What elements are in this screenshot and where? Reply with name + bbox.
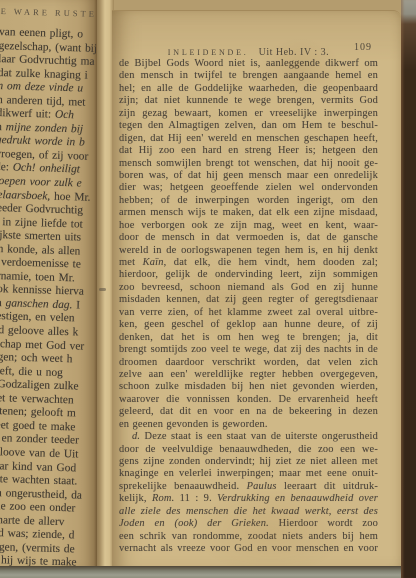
text-line: denken, dat het is om hen weg te brengen…	[119, 332, 378, 344]
text-line: de Bijbel Gods Woord niet is, aanleggend…	[119, 58, 378, 70]
text-segment: misdaden kennen, dat zij geen regter of …	[119, 294, 378, 305]
text-line: zijn; dat niet kunnende te wege brengen,…	[119, 95, 378, 107]
text-line: een schrik van rondomme, zoodat niets an…	[119, 531, 378, 543]
italic-text: Och! onheiligt	[13, 162, 80, 176]
text-line: vernacht als vreeze voor God en voor men…	[119, 543, 378, 555]
text-line: armen mensch wijs te maken, dat elk een …	[119, 207, 378, 219]
text-segment: , hoe Mr.	[47, 190, 90, 203]
left-running-title: E WARE RUSTE	[0, 6, 97, 22]
text-segment: heeft, die u nog	[0, 365, 63, 379]
text-segment: nschap met God ver	[0, 337, 84, 352]
text-segment: waarover die vonnissen konden. De ervare…	[119, 394, 378, 405]
text-segment: van eenen pligt, o	[0, 26, 83, 40]
left-page-content: E WARE RUSTE van eenen pligt, ogezelscha…	[0, 0, 97, 568]
text-segment: gezelschap, (want bij	[0, 40, 97, 55]
italic-text: d.	[132, 431, 140, 442]
text-line: geleerd, dat dit en voor en na de bekeer…	[119, 406, 378, 418]
text-segment: ernamie, toen Mr.	[0, 270, 75, 284]
text-segment: vroegen, of zij voor	[0, 148, 88, 163]
text-line: boren was, of dat hij geen mensch maar e…	[119, 170, 378, 182]
text-line: zoo bevreesd, schoon niemand als God en …	[119, 282, 378, 294]
text-line: door de veelvuldige benaauwdheden, die z…	[119, 444, 378, 456]
text-segment: denken, dat het is om hen weg te brengen…	[119, 332, 378, 343]
text-line: digen, dat Hij een' wereld en menschen g…	[119, 133, 378, 145]
text-line: dier was; hetgeen geoeffende zielen wel …	[119, 182, 378, 194]
table-surface	[0, 566, 401, 578]
text-segment: door de veelvuldige benaauwdheden, die z…	[119, 444, 378, 455]
text-segment: e verdoemenisse te	[0, 256, 81, 271]
text-segment: leeraart dit uitdruk-	[277, 481, 378, 492]
scripture-reference: Uit Heb. IV : 3.	[259, 47, 330, 58]
text-segment: droomen daardoor verschrikt worden, dat …	[119, 357, 378, 368]
text-line: en geenen gevonden is geworden.	[119, 419, 378, 431]
text-line: ken, geen geschel of geklop aan hunne de…	[119, 319, 378, 331]
left-page-text: van eenen pligt, ogezelschap, (want bijl…	[0, 26, 97, 568]
italic-text: alle ziele des menschen die het kwaad we…	[119, 506, 378, 517]
text-line: mensch somwijlen brengt tot wenschen, da…	[119, 158, 378, 170]
italic-text: Kaïn	[143, 257, 164, 268]
text-line: hoe verborgen ook ze zijn mag, weet en k…	[119, 220, 378, 232]
text-line: waarover die vonnissen konden. De ervare…	[119, 394, 378, 406]
text-segment: wereld in de oorlogswapenen tegen hem is…	[119, 245, 378, 256]
text-segment: Hierdoor wordt zoo	[269, 518, 378, 529]
text-segment: en konde, als allen	[0, 243, 81, 258]
text-segment: dikwerf uit:	[0, 107, 55, 121]
text-segment: rongen, (vermits de	[0, 541, 75, 556]
text-segment: God was; ziende, d	[0, 527, 75, 542]
italic-text: mijne zonden bij	[6, 121, 84, 135]
text-segment: teeder Godvruchtig	[0, 202, 83, 217]
pencil-margin-mark	[99, 288, 106, 291]
text-segment: vestigen, en velen	[0, 310, 75, 324]
text-segment: zijn; dat niet kunnende te wege brengen,…	[119, 95, 378, 106]
text-line: wereld in de oorlogswapenen tegen hem is…	[119, 245, 378, 257]
text-segment: e Godzaligen zulke	[0, 378, 79, 393]
text-segment: de:	[0, 161, 13, 174]
text-line: hierdoor, gelijk de ondervinding leert, …	[119, 269, 378, 281]
italic-text: ganschen dag.	[5, 297, 72, 311]
text-segment: hel; en alle de Goddelijke waarheden, di…	[119, 83, 378, 94]
text-segment: e in zijne liefde tot	[0, 216, 83, 231]
text-segment: van verre zien, of het klamme zweet zal …	[119, 307, 378, 318]
text-segment: , dat elk, die hem vindt, hem dooden zal…	[164, 257, 378, 268]
text-segment: boren was, of dat hij geen mensch maar e…	[119, 170, 378, 181]
text-segment: sprekelijke benaauwdheid.	[119, 481, 247, 492]
text-segment: gens zijne zonden ondervindt; hij ziet z…	[119, 456, 378, 467]
italic-text: roepen voor zulk e	[0, 175, 82, 190]
text-segment: ristenen; gelooft m	[0, 405, 76, 420]
text-segment: digen, dat Hij een' wereld en menschen g…	[119, 133, 378, 144]
text-segment: kelijk,	[119, 493, 152, 504]
text-segment: Geloove van de Uit	[0, 446, 79, 461]
italic-text: telaarsboek	[0, 188, 48, 202]
text-segment: hoe verborgen ook ze zijn mag, weet en k…	[119, 220, 378, 231]
text-line: brengt somtijds zoo veel te wege, dat zi…	[119, 344, 378, 356]
running-title: INLEIDENDE.	[168, 48, 249, 57]
text-segment: tegen den Almagtigen zelven, dan om Hem …	[119, 120, 378, 131]
text-line: gens zijne zonden ondervindt; hij ziet z…	[119, 456, 378, 468]
text-segment: hierdoor, gelijk de ondervinding leert, …	[119, 269, 378, 280]
text-segment: vernacht als vreeze voor God en voor men…	[119, 543, 378, 554]
text-segment: brengt somtijds zoo veel te wege, dat zi…	[119, 344, 378, 355]
text-segment: Deze staat is een staat van de uiterste …	[140, 431, 378, 442]
text-line: knaginge en velerlei inwerpingen; maar m…	[119, 468, 378, 480]
text-segment: hebben; of de inwerpingen worden ingerig…	[119, 195, 378, 206]
text-segment: dat Hij zoo een hard en streng Heer is; …	[119, 145, 378, 156]
text-segment: waar kind van God	[0, 459, 76, 474]
left-page: E WARE RUSTE van eenen pligt, ogezelscha…	[0, 0, 97, 568]
book-cover-edge	[401, 0, 416, 578]
text-segment: van ongerustheid, da	[0, 486, 82, 501]
text-segment: zijn gezag bewaart, komen er vreeselijke…	[119, 108, 378, 119]
text-line: tegen den Almagtigen zelven, dan om Hem …	[119, 120, 378, 132]
text-segment: mensch somwijlen brengt tot wenschen, da…	[119, 158, 378, 169]
text-segment: jn harte de allerv	[0, 513, 65, 527]
text-segment: armen mensch wijs te maken, dat elk een …	[119, 207, 378, 218]
text-segment: ge en zonder teeder	[0, 432, 79, 447]
text-line: door de mensch in dat vermoeden is, dat …	[119, 232, 378, 244]
text-line: den mensch in twijfel te brengen aangaan…	[119, 70, 378, 82]
italic-text: Rom.	[152, 493, 174, 504]
text-line: zelve aan een' wereldlijke regter hebben…	[119, 369, 378, 381]
text-segment: geleerd, dat dit en voor en na de bekeer…	[119, 406, 378, 417]
text-line: misdaden kennen, dat zij geen regter of …	[119, 294, 378, 306]
text-line: kelijk, Rom. 11 : 9. Verdrukking en bena…	[119, 493, 378, 505]
body-text: de Bijbel Gods Woord niet is, aanleggend…	[112, 58, 401, 556]
text-segment: dat zulke knaging i	[0, 67, 88, 82]
text-segment: door de mensch in dat vermoeden is, dat …	[119, 232, 378, 243]
text-line: d. Deze staat is een staat van de uiters…	[119, 431, 378, 443]
text-line: met Kaïn, dat elk, die hem vindt, hem do…	[119, 257, 378, 269]
italic-text: Paulus	[247, 481, 277, 492]
text-segment: , die zoo een onder	[0, 500, 75, 515]
text-segment: den mensch in twijfel te brengen aangaan…	[119, 70, 378, 81]
text-segment: I	[72, 299, 80, 311]
text-line: Joden en (ook) der Grieken. Hierdoor wor…	[119, 518, 378, 530]
text-segment: laar Godvruchtig ma	[0, 53, 95, 68]
italic-text: gedrukt worde in b	[0, 134, 85, 149]
text-segment: zelve aan een' wereldlijke regter hebben…	[119, 369, 378, 380]
text-segment: schoon zulke misdaden bij hen niet gevon…	[119, 381, 378, 392]
text-segment: een schrik van rondomme, zoodat niets an…	[119, 531, 378, 542]
italic-text: Joden en (ook) der Grieken.	[119, 518, 269, 529]
italic-text: Verdrukking en benaauwdheid over	[217, 493, 378, 504]
text-segment: niet te verwachten	[0, 392, 74, 407]
text-segment: eld geloove alles k	[0, 324, 78, 339]
text-segment: 11 : 9.	[174, 493, 217, 504]
text-line: hebben; of de inwerpingen worden ingerig…	[119, 195, 378, 207]
text-segment: zoo bevreesd, schoon niemand als God en …	[119, 282, 378, 293]
page-number: 109	[354, 42, 372, 53]
text-segment: ken, geen geschel of geklop aan hunne de…	[119, 319, 378, 330]
text-segment: weet goed te make	[0, 419, 76, 434]
text-segment: met	[119, 257, 143, 268]
text-line: zijn gezag bewaart, komen er vreeselijke…	[119, 108, 378, 120]
page-header: INLEIDENDE. Uit Heb. IV : 3. 109	[112, 42, 401, 55]
right-page: INLEIDENDE. Uit Heb. IV : 3. 109 de Bijb…	[112, 10, 401, 570]
book-gutter	[94, 0, 114, 568]
text-segment: jagen; och weet h	[0, 351, 73, 365]
book-scan: E WARE RUSTE van eenen pligt, ogezelscha…	[0, 0, 416, 578]
text-segment: ook kennisse hierva	[0, 283, 84, 298]
text-segment: en geenen gevonden is geworden.	[119, 419, 268, 430]
text-segment: de Bijbel Gods Woord niet is, aanleggend…	[119, 58, 378, 69]
text-line: schoon zulke misdaden bij hen niet gevon…	[119, 381, 378, 393]
text-segment: n anderen tijd, met	[0, 94, 86, 109]
text-segment: ns te wachten staat.	[0, 473, 77, 488]
text-line: hel; en alle de Goddelijke waarheden, di…	[119, 83, 378, 95]
text-line: sprekelijke benaauwdheid. Paulus leeraar…	[119, 481, 378, 493]
text-line: dat Hij zoo een hard en streng Heer is; …	[119, 145, 378, 157]
text-line: droomen daardoor verschrikt worden, dat …	[119, 357, 378, 369]
text-line: van verre zien, of het klamme zweet zal …	[119, 307, 378, 319]
text-segment: knaginge en velerlei inwerpingen; maar m…	[119, 468, 378, 479]
italic-text: Och	[55, 109, 74, 122]
text-segment: lijkste smerten uits	[0, 229, 81, 244]
text-segment: dier was; hetgeen geoeffende zielen wel …	[119, 182, 378, 193]
text-line: alle ziele des menschen die het kwaad we…	[119, 506, 378, 518]
italic-text: n om deze vinde u	[0, 80, 83, 95]
